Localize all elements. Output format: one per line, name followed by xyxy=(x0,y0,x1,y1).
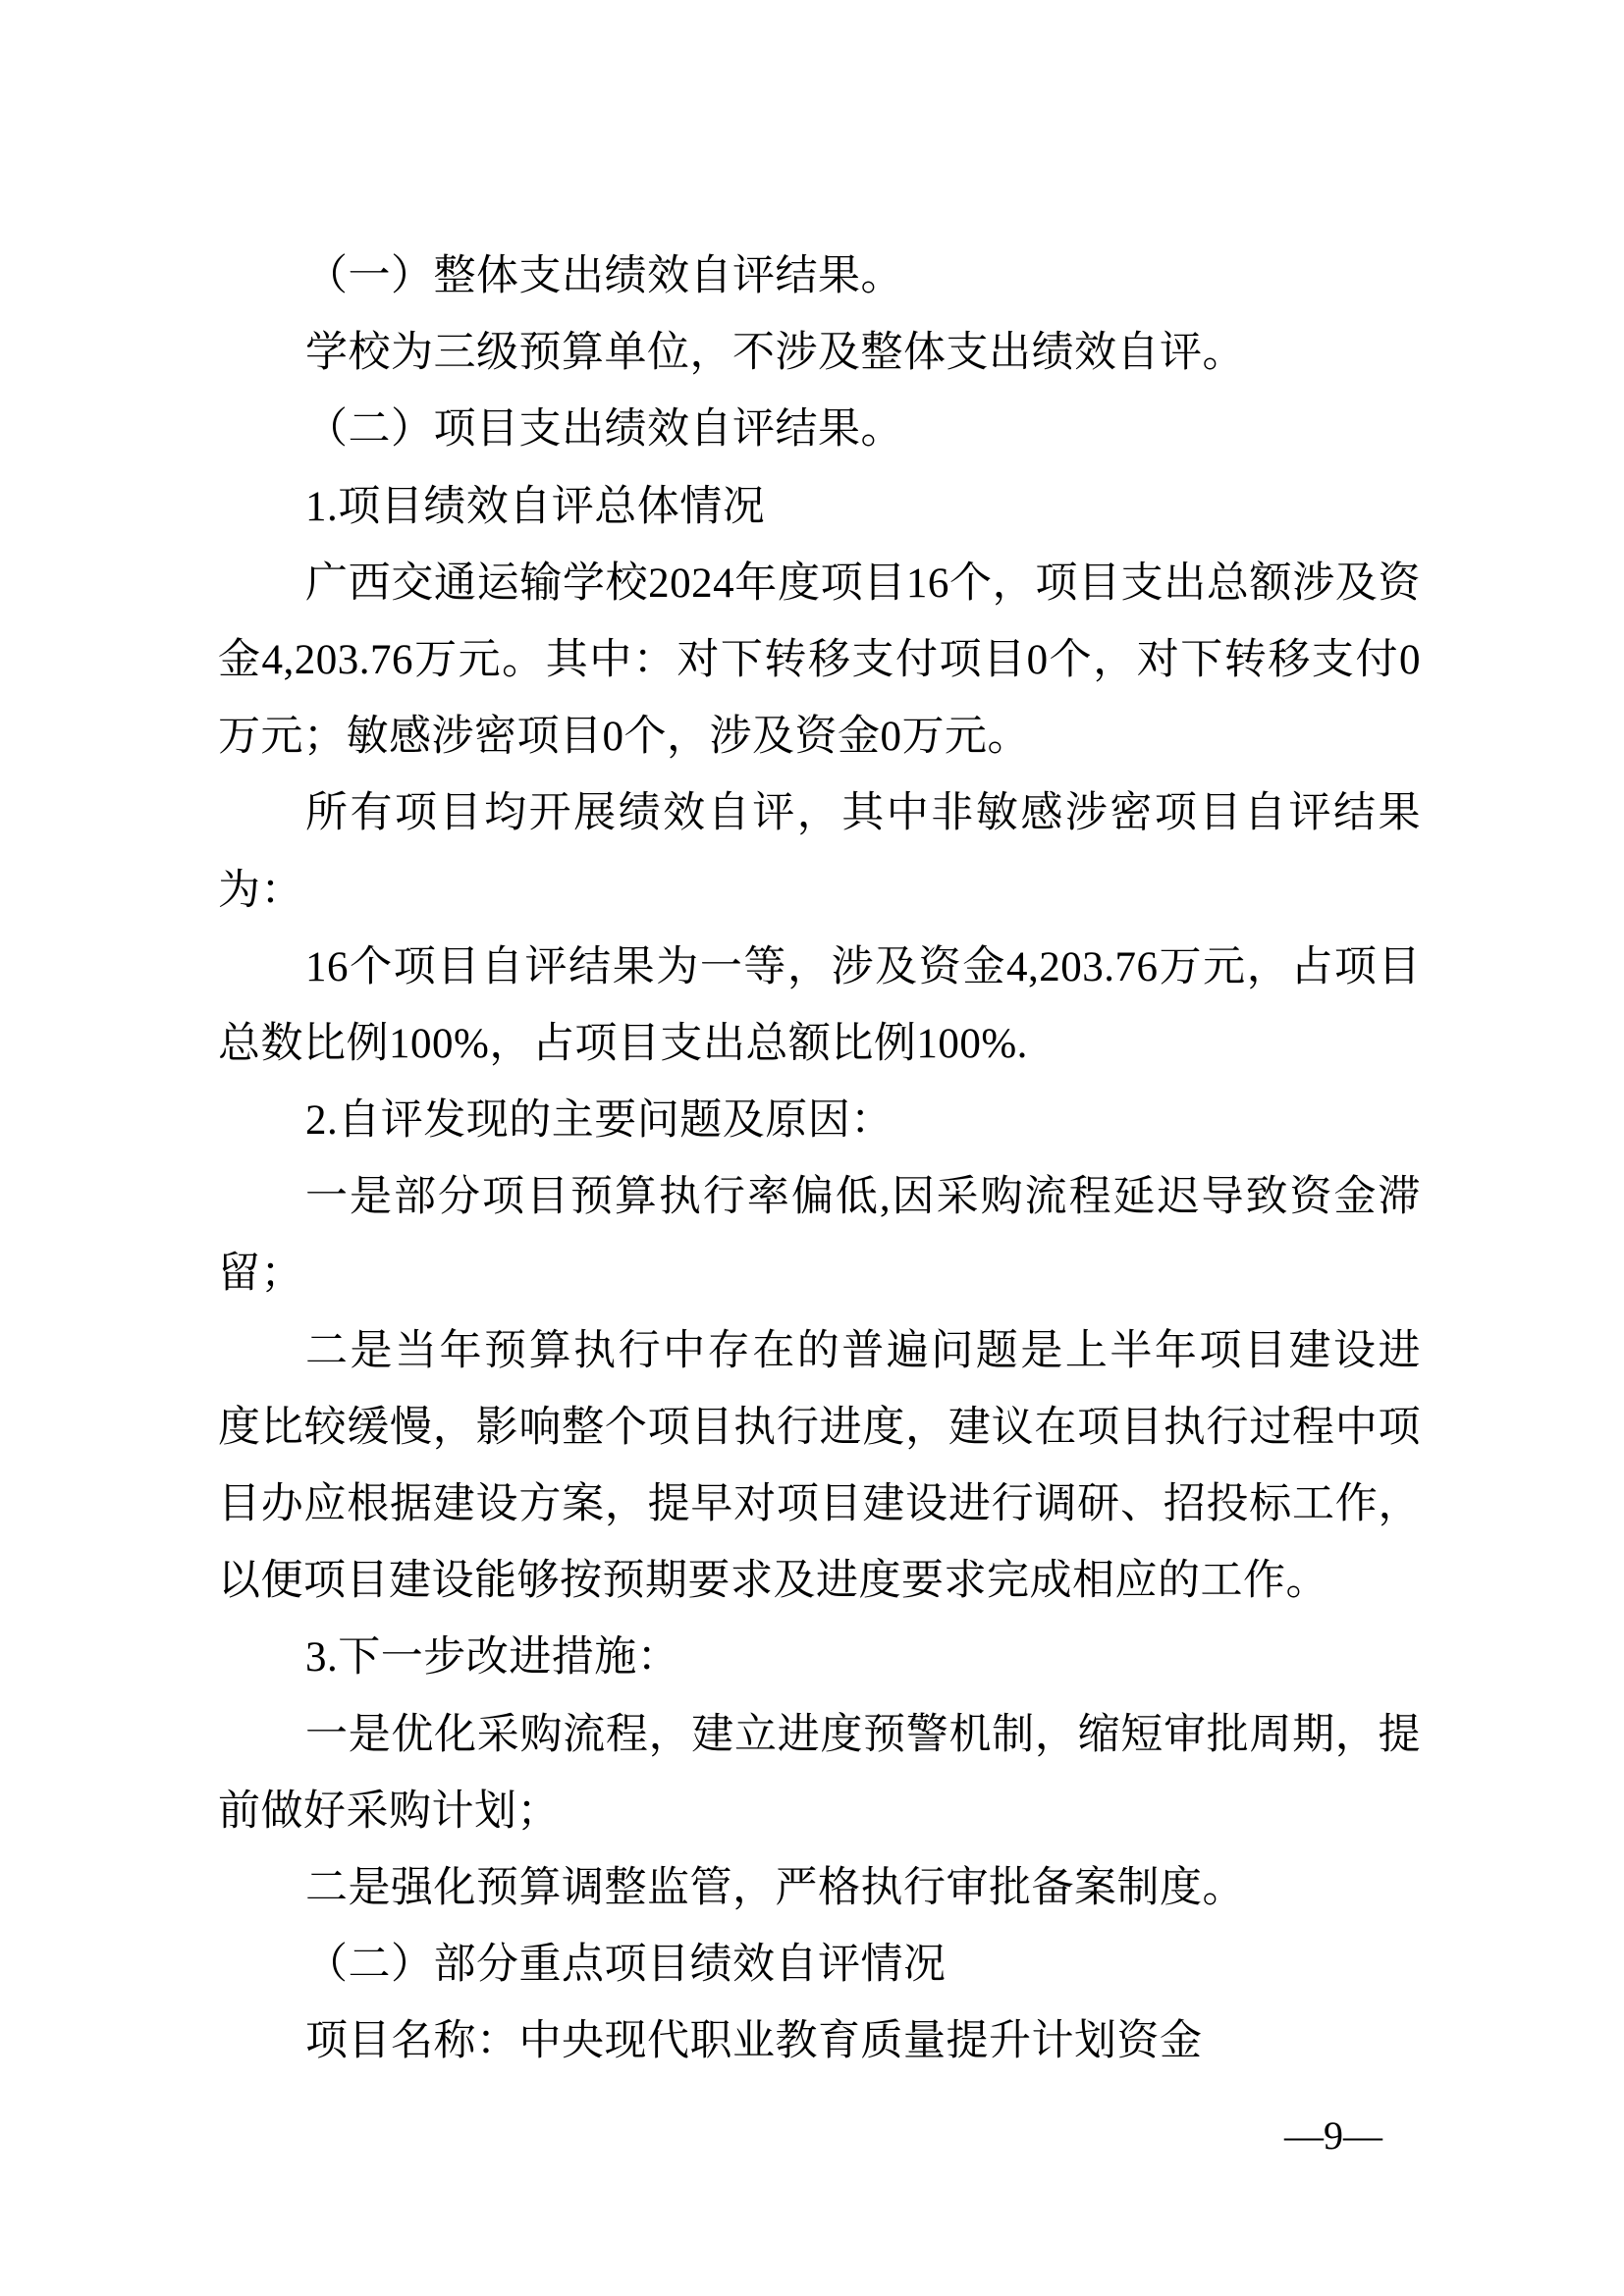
text-line: 度比较缓慢，影响整个项目执行进度，建议在项目执行过程中项 xyxy=(218,1390,1421,1467)
text-line: （二）部分重点项目绩效自评情况 xyxy=(218,1927,1421,2003)
text-line: 1.项目绩效自评总体情况 xyxy=(218,469,1421,546)
text-line: 以便项目建设能够按预期要求及进度要求完成相应的工作。 xyxy=(218,1543,1421,1620)
text-line: 广西交通运输学校2024年度项目16个，项目支出总额涉及资 xyxy=(218,546,1421,622)
text-line: 所有项目均开展绩效自评，其中非敏感涉密项目自评结果 xyxy=(218,775,1421,852)
text-line: 总数比例100%，占项目支出总额比例100%. xyxy=(218,1006,1421,1083)
text-line: 目办应根据建设方案，提早对项目建设进行调研、招投标工作， xyxy=(218,1467,1421,1543)
text-line: 3.下一步改进措施： xyxy=(218,1620,1421,1696)
text-line: 前做好采购计划； xyxy=(218,1774,1421,1850)
text-line: 一是部分项目预算执行率偏低,因采购流程延迟导致资金滞 xyxy=(218,1159,1421,1236)
page-number: —9— xyxy=(1284,2110,1382,2162)
text-line: 金4,203.76万元。其中：对下转移支付项目0个，对下转移支付0 xyxy=(218,622,1421,699)
text-line: 学校为三级预算单位，不涉及整体支出绩效自评。 xyxy=(218,315,1421,392)
text-line: 二是当年预算执行中存在的普遍问题是上半年项目建设进 xyxy=(218,1313,1421,1390)
text-line: 2.自评发现的主要问题及原因： xyxy=(218,1083,1421,1159)
text-line: 为： xyxy=(218,853,1421,930)
text-line: 一是优化采购流程，建立进度预警机制，缩短审批周期，提 xyxy=(218,1697,1421,1774)
document-body: （一）整体支出绩效自评结果。 学校为三级预算单位，不涉及整体支出绩效自评。 （二… xyxy=(218,239,1421,2081)
text-line: 万元；敏感涉密项目0个，涉及资金0万元。 xyxy=(218,699,1421,775)
text-line: 项目名称：中央现代职业教育质量提升计划资金 xyxy=(218,2003,1421,2080)
text-line: （二）项目支出绩效自评结果。 xyxy=(218,392,1421,468)
text-line: 留； xyxy=(218,1236,1421,1312)
text-line: 二是强化预算调整监管，严格执行审批备案制度。 xyxy=(218,1850,1421,1927)
text-line: 16个项目自评结果为一等，涉及资金4,203.76万元，占项目 xyxy=(218,930,1421,1006)
text-line: （一）整体支出绩效自评结果。 xyxy=(218,239,1421,315)
document-page: （一）整体支出绩效自评结果。 学校为三级预算单位，不涉及整体支出绩效自评。 （二… xyxy=(0,0,1624,2296)
